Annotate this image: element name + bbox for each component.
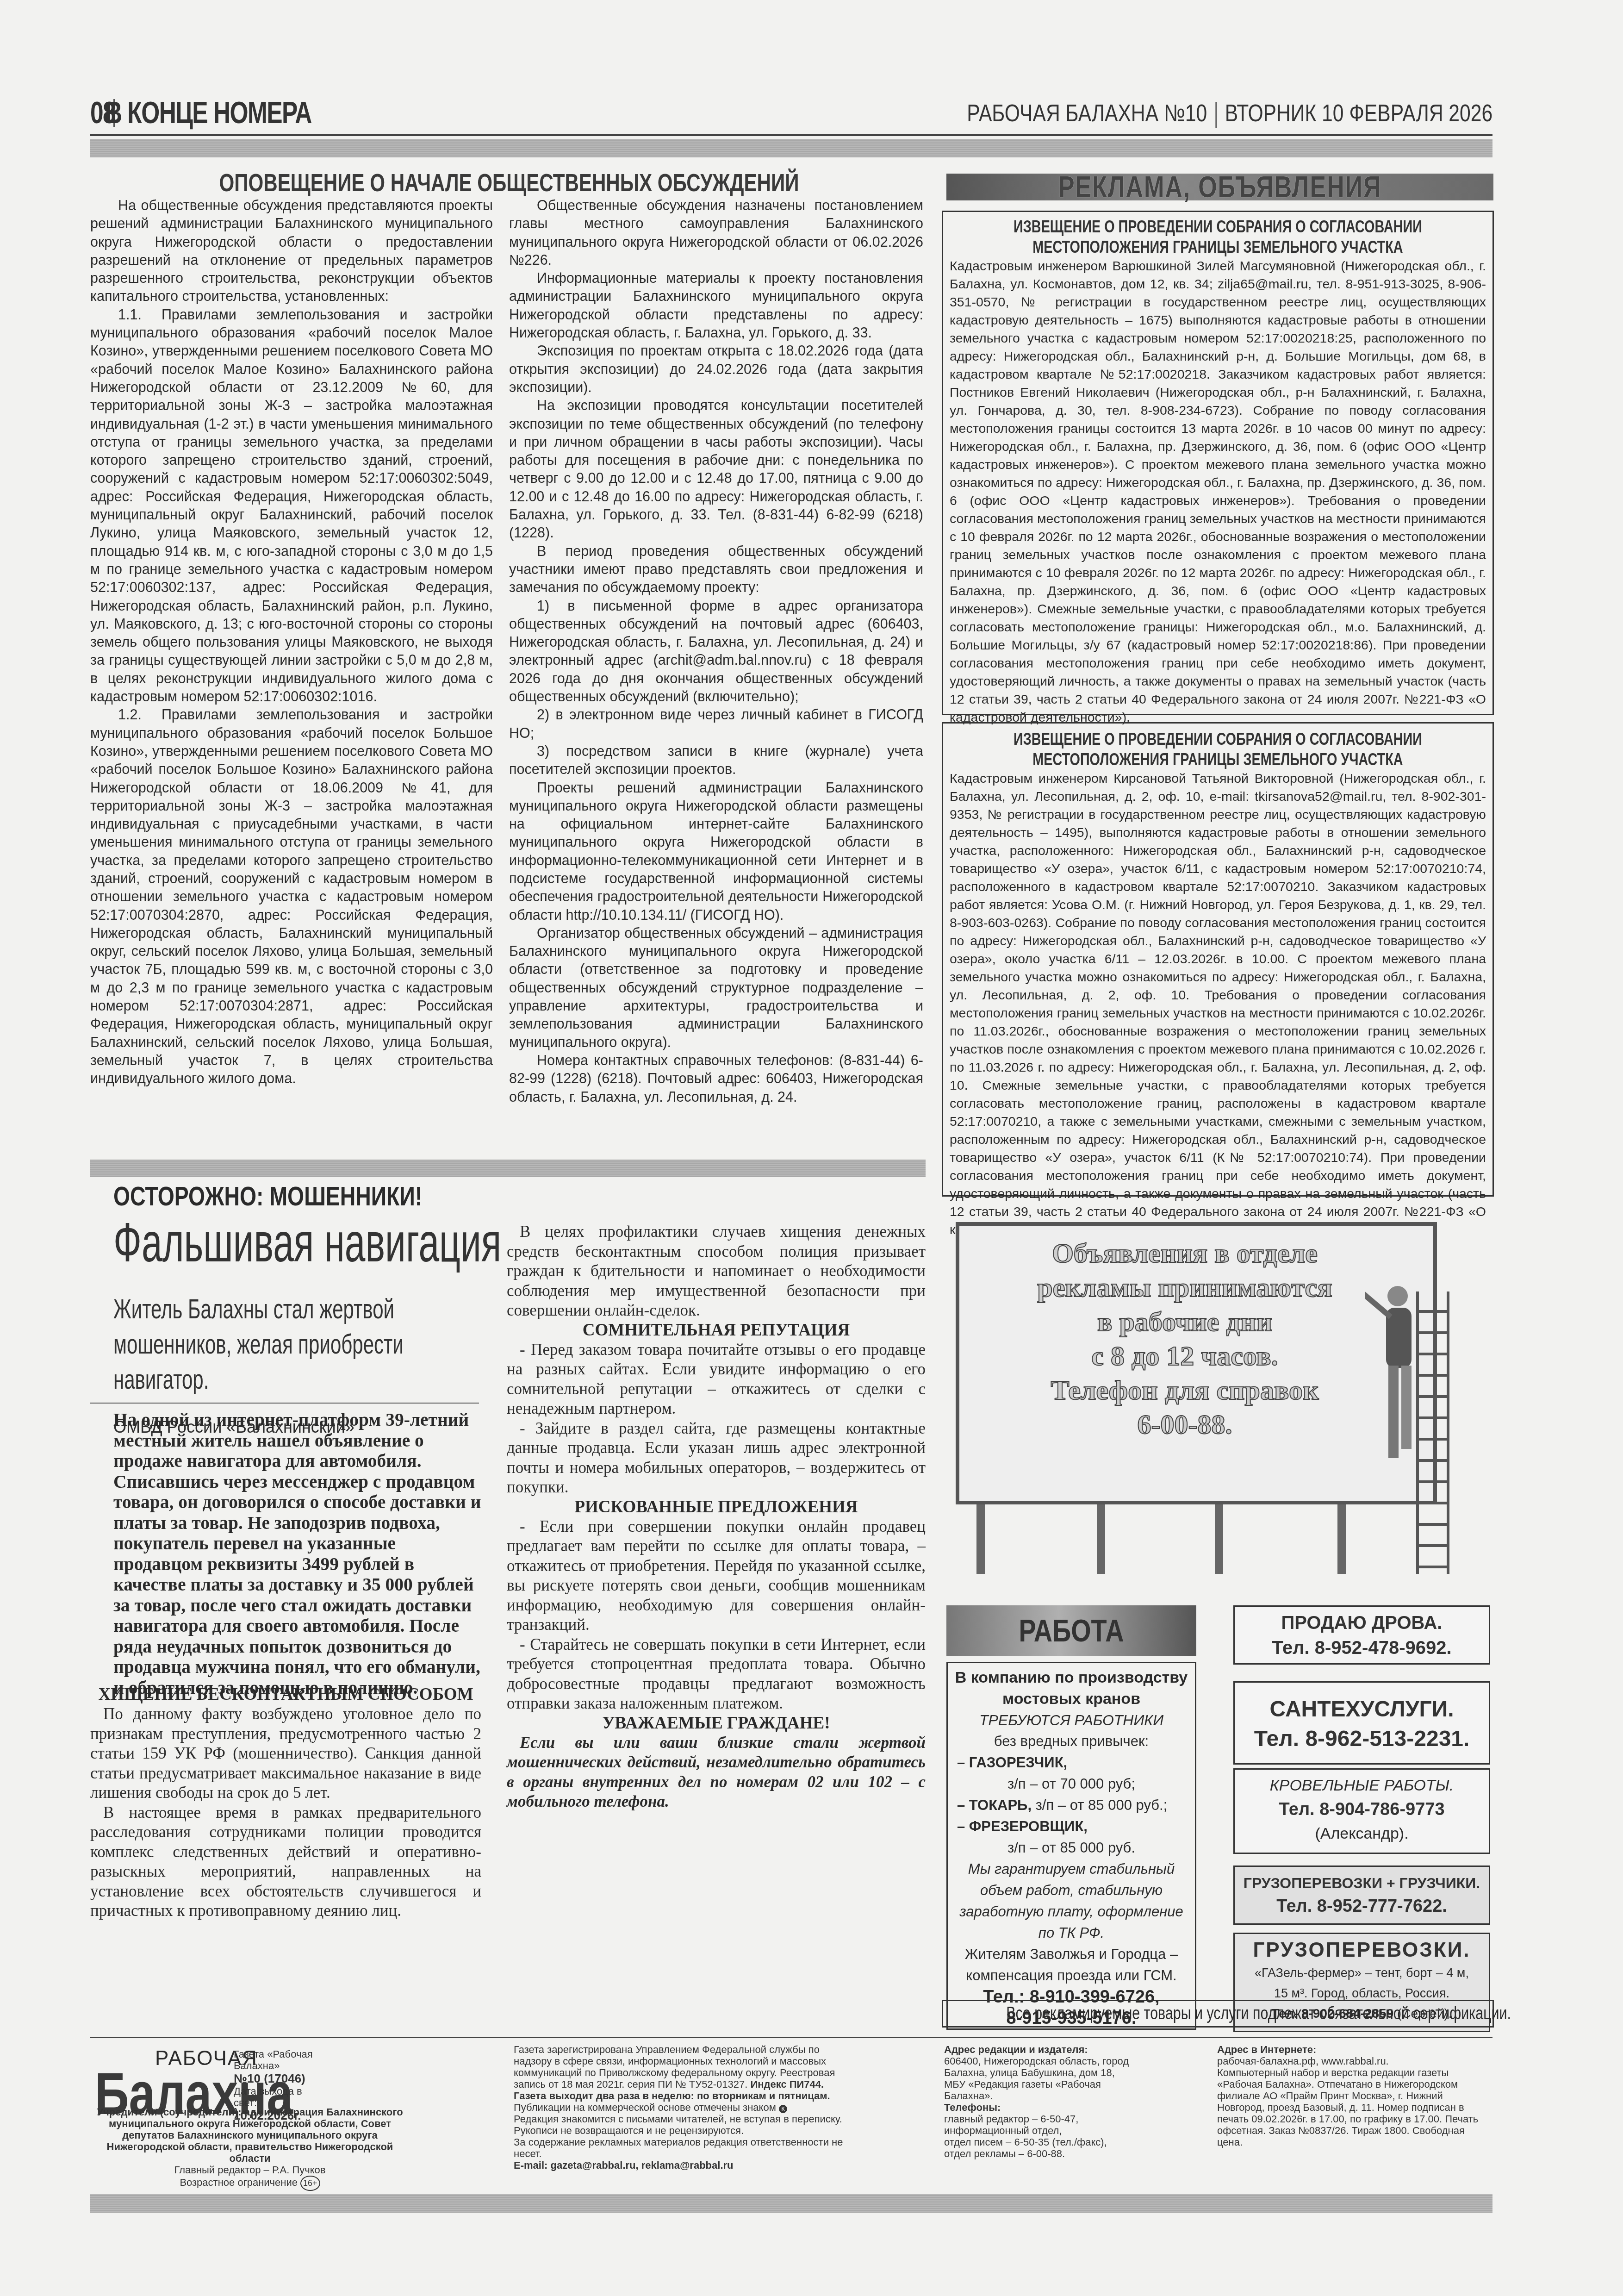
article-paragraph: В целях профилактики случаев хищения ден… [507, 1222, 926, 1321]
job-company: В компанию по производству [948, 1667, 1195, 1688]
billboard-line: в рабочие дни [967, 1304, 1402, 1339]
job-compensation: Жителям Заволжья и Городца – компенсация… [948, 1944, 1195, 1986]
article-paragraph: В настоящее время в рамках предварительн… [90, 1803, 481, 1921]
job-pay: з/п – от 85 000 руб.; [1036, 1797, 1168, 1813]
commercial-mark-icon: К [779, 2105, 787, 2113]
billboard-line: Телефон для справок [967, 1373, 1402, 1407]
land-notice-body: Кадастровым инженером Варюшкиной Зилей М… [950, 257, 1486, 727]
ad-note: (Александр). [1235, 1822, 1489, 1846]
article-divider [90, 1403, 479, 1404]
ads-responsibility: За содержание рекламных материалов редак… [514, 2136, 847, 2159]
web-print-info: Адрес в Интернете: рабочая-балахна.рф, w… [1217, 2044, 1481, 2148]
ad-phone: Тел. 8-952-478-9692. [1235, 1635, 1489, 1660]
article-subhead: Житель Балахны стал жертвой мошенников, … [113, 1291, 486, 1397]
ad-title: ПРОДАЮ ДРОВА. [1235, 1610, 1489, 1635]
ad-desc: «ГАЗель-фермер» – тент, борт – 4 м, [1235, 1963, 1489, 1983]
notice-paragraph: Номера контактных справочных телефонов: … [509, 1052, 923, 1106]
article-lead: На одной из интернет-платформ 39-летний … [113, 1410, 484, 1698]
age-label: Возрастное ограничение [180, 2177, 298, 2188]
notice-paragraph: Организатор общественных обсуждений – ад… [509, 924, 923, 1052]
footer-rule [90, 2037, 1492, 2038]
land-notice-title: ИЗВЕЩЕНИЕ О ПРОВЕДЕНИИ СОБРАНИЯ О СОГЛАС… [1003, 729, 1432, 749]
article-column-2: В целях профилактики случаев хищения ден… [507, 1167, 926, 1812]
editorial-address: Адрес редакции и издателя: 606400, Нижег… [944, 2044, 1138, 2159]
notice-title: ОПОВЕЩЕНИЕ О НАЧАЛЕ ОБЩЕСТВЕННЫХ ОБСУЖДЕ… [184, 169, 834, 197]
notice-paragraph: На общественные обсуждения представляютс… [90, 197, 493, 306]
billboard-text: Объявления в отделе рекламы принимаются … [967, 1236, 1402, 1441]
land-notice-title: МЕСТОПОЛОЖЕНИЯ ГРАНИЦЫ ЗЕМЕЛЬНОГО УЧАСТК… [1003, 749, 1432, 770]
land-notice-body: Кадастровым инженером Кирсановой Татьяно… [950, 770, 1486, 1239]
manuscripts-note: Рукописи не возвращаются и не рецензирую… [514, 2125, 847, 2136]
job-position: – ГАЗОРЕЗЧИК, [948, 1752, 1195, 1773]
footer-band [90, 2194, 1492, 2213]
ad-title: ГРУЗОПЕРЕВОЗКИ. [1235, 1938, 1489, 1963]
issue-number: №10 (17046) [234, 2071, 322, 2085]
article-subheading: РИСКОВАННЫЕ ПРЕДЛОЖЕНИЯ [507, 1497, 926, 1517]
billboard-line: с 8 до 12 часов. [967, 1339, 1402, 1373]
ads-section-header: РЕКЛАМА, ОБЪЯВЛЕНИЯ [946, 174, 1493, 200]
billboard-leg [1337, 1504, 1346, 1574]
index: Индекс ПИ744. [750, 2078, 824, 2090]
ad-phone: Тел. 8-904-786-9773 [1235, 1797, 1489, 1822]
ad-phone: Тел. 8-952-777-7622. [1235, 1895, 1489, 1918]
phone-line: отдел рекламы – 6-00-88. [944, 2148, 1138, 2159]
ad-title: ГРУЗОПЕРЕВОЗКИ + ГРУЗЧИКИ. [1235, 1872, 1489, 1895]
notice-paragraph: 2) в электронном виде через личный кабин… [509, 706, 923, 742]
notice-paragraph: Информационные материалы к проекту поста… [509, 269, 923, 342]
land-notice-2: ИЗВЕЩЕНИЕ О ПРОВЕДЕНИИ СОБРАНИЯ О СОГЛАС… [942, 722, 1494, 1197]
job-required: ТРЕБУЮТСЯ РАБОТНИКИ [948, 1710, 1195, 1731]
ad-title: САНТЕХУСЛУГИ. [1235, 1695, 1489, 1724]
phone-line: главный редактор – 6-50-47, [944, 2113, 1138, 2125]
header-band [90, 139, 1492, 157]
address: 606400, Нижегородская область, город Бал… [944, 2055, 1138, 2102]
ads-section-title: РЕКЛАМА, ОБЪЯВЛЕНИЯ [995, 174, 1444, 200]
article-headline: Фальшивая навигация [113, 1213, 374, 1273]
billboard-leg [976, 1504, 985, 1574]
section-title: В КОНЦЕ НОМЕРА [105, 95, 311, 130]
job-guarantee: Мы гарантируем стабильный объем работ, с… [948, 1859, 1195, 1944]
editor: Главный редактор – Р.А. Пучков [95, 2164, 405, 2176]
article-subheading: УВАЖАЕМЫЕ ГРАЖДАНЕ! [507, 1714, 926, 1733]
founders: Учредители (соучредители): администрация… [95, 2106, 405, 2164]
article-subheading: СОМНИТЕЛЬНАЯ РЕПУТАЦИЯ [507, 1321, 926, 1340]
notice-paragraph: Общественные обсуждения назначены постан… [509, 197, 923, 269]
article-paragraph: - Старайтесь не совершать покупки в сети… [507, 1635, 926, 1714]
notice-column-2: Общественные обсуждения назначены постан… [509, 197, 923, 1106]
article-paragraph: По данному факту возбуждено уголовное де… [90, 1704, 481, 1803]
article-callout: Если вы или ваши близкие стали жертвой м… [507, 1733, 926, 1812]
billboard-leg [1215, 1504, 1223, 1574]
notice-paragraph: 1.1. Правилами землепользования и застро… [90, 306, 493, 706]
notice-paragraph: Проекты решений администрации Балахнинск… [509, 779, 923, 924]
article-paragraph: - Зайдите в раздел сайта, где размещены … [507, 1419, 926, 1497]
web-label: Адрес в Интернете: [1217, 2044, 1481, 2055]
job-ad: В компанию по производству мостовых кран… [946, 1662, 1196, 2030]
ad-phone: Тел. 8-962-513-2231. [1235, 1724, 1489, 1754]
frequency: Газета выходит два раза в неделю: по вто… [514, 2090, 847, 2102]
notice-paragraph: В период проведения общественных обсужде… [509, 543, 923, 597]
footer-email[interactable]: E-mail: gazeta@rabbal.ru, reklama@rabbal… [514, 2159, 847, 2171]
land-notice-1: ИЗВЕЩЕНИЕ О ПРОВЕДЕНИИ СОБРАНИЯ О СОГЛАС… [942, 211, 1494, 715]
ad-plumbing: САНТЕХУСЛУГИ. Тел. 8-962-513-2231. [1233, 1681, 1490, 1765]
notice-paragraph: 1) в письменной форме в адрес организато… [509, 597, 923, 706]
billboard-leg [1097, 1504, 1105, 1574]
header-rule [90, 134, 1492, 136]
job-position: – ФРЕЗЕРОВЩИК, [948, 1816, 1195, 1837]
issue-label: РАБОЧАЯ БАЛАХНА №10 [967, 100, 1207, 127]
jobs-section-title: РАБОТА [969, 1605, 1174, 1656]
web-address[interactable]: рабочая-балахна.рф, www.rabbal.ru. [1217, 2055, 1481, 2067]
age-badge: 16+ [300, 2176, 320, 2191]
commercial-note: Публикации на коммерческой основе отмече… [514, 2102, 776, 2113]
billboard-line: Объявления в отделе [967, 1236, 1402, 1270]
release-label: Дата выхода в свет: [234, 2085, 322, 2109]
billboard-line: рекламы принимаются [967, 1270, 1402, 1304]
ad-roofing: КРОВЕЛЬНЫЕ РАБОТЫ. Тел. 8-904-786-9773 (… [1233, 1768, 1490, 1854]
ad-cargo-loaders: ГРУЗОПЕРЕВОЗКИ + ГРУЗЧИКИ. Тел. 8-952-77… [1233, 1865, 1490, 1925]
date-label: ВТОРНИК 10 ФЕВРАЛЯ 2026 [1225, 100, 1492, 127]
land-notice-title: ИЗВЕЩЕНИЕ О ПРОВЕДЕНИИ СОБРАНИЯ О СОГЛАС… [1003, 217, 1432, 237]
job-company: мостовых кранов [948, 1688, 1195, 1710]
jobs-section-header: РАБОТА [946, 1605, 1196, 1656]
notice-paragraph: На экспозиции проводятся консультации по… [509, 397, 923, 542]
job-condition: без вредных привычек: [948, 1731, 1195, 1752]
phone-line: отдел писем – 6-50-35 (тел./факс), [944, 2136, 1138, 2148]
certification-notice: Все рекламируемые товары и услуги подлеж… [942, 2000, 1494, 2028]
article-paragraph: - Перед заказом товара почитайте отзывы … [507, 1340, 926, 1419]
letters-note: Редакция знакомится с письмами читателей… [514, 2113, 847, 2125]
header-divider [1215, 102, 1216, 128]
job-pay: з/п – от 70 000 руб; [948, 1773, 1195, 1795]
ad-firewood: ПРОДАЮ ДРОВА. Тел. 8-952-478-9692. [1233, 1605, 1490, 1665]
header-issue-date: РАБОЧАЯ БАЛАХНА №10ВТОРНИК 10 ФЕВРАЛЯ 20… [967, 100, 1492, 128]
job-position: – ТОКАРЬ, [957, 1797, 1032, 1813]
notice-paragraph: 1.2. Правилами землепользования и застро… [90, 706, 493, 1088]
founders-info: Учредители (соучредители): администрация… [95, 2106, 405, 2191]
print-info: Компьютерный набор и верстка редакции га… [1217, 2067, 1481, 2148]
certification-text: Все рекламируемые товары и услуги подлеж… [1006, 2001, 1511, 2026]
land-notice-title: МЕСТОПОЛОЖЕНИЯ ГРАНИЦЫ ЗЕМЕЛЬНОГО УЧАСТК… [1003, 237, 1432, 257]
billboard-line: 6-00-88. [967, 1407, 1402, 1441]
address-label: Адрес редакции и издателя: [944, 2044, 1138, 2055]
phone-line: информационный отдел, [944, 2125, 1138, 2136]
notice-paragraph: 3) посредством записи в книге (журнале) … [509, 742, 923, 779]
billboard-ad: Объявления в отделе рекламы принимаются … [949, 1217, 1444, 1574]
painter-figure-icon [1365, 1282, 1421, 1477]
article-paragraph: - Если при совершении покупки онлайн про… [507, 1517, 926, 1635]
notice-column-1: На общественные обсуждения представляютс… [90, 197, 493, 1088]
notice-paragraph: Экспозиция по проектам открыта с 18.02.2… [509, 342, 923, 397]
job-pay: з/п – от 85 000 руб. [948, 1837, 1195, 1859]
phones-label: Телефоны: [944, 2102, 1138, 2113]
article-kicker: ОСТОРОЖНО: МОШЕННИКИ! [113, 1180, 421, 1213]
article-column-1: ХИЩЕНИЕ БЕСКОНТАКТНЫМ СПОСОБОМ По данном… [90, 1685, 481, 1921]
article-subheading: ХИЩЕНИЕ БЕСКОНТАКТНЫМ СПОСОБОМ [90, 1685, 481, 1704]
paper-name: Газета «Рабочая Балахна» [234, 2048, 322, 2071]
ad-title: КРОВЕЛЬНЫЕ РАБОТЫ. [1235, 1773, 1489, 1797]
page-header: 08 В КОНЦЕ НОМЕРА РАБОЧАЯ БАЛАХНА №10ВТО… [90, 95, 1492, 132]
registration-info: Газета зарегистрирована Управлением Феде… [514, 2044, 847, 2171]
ladder-icon [1416, 1291, 1449, 1574]
fraud-article-header: ОСТОРОЖНО: МОШЕННИКИ! Фальшивая навигаци… [113, 1180, 497, 1439]
